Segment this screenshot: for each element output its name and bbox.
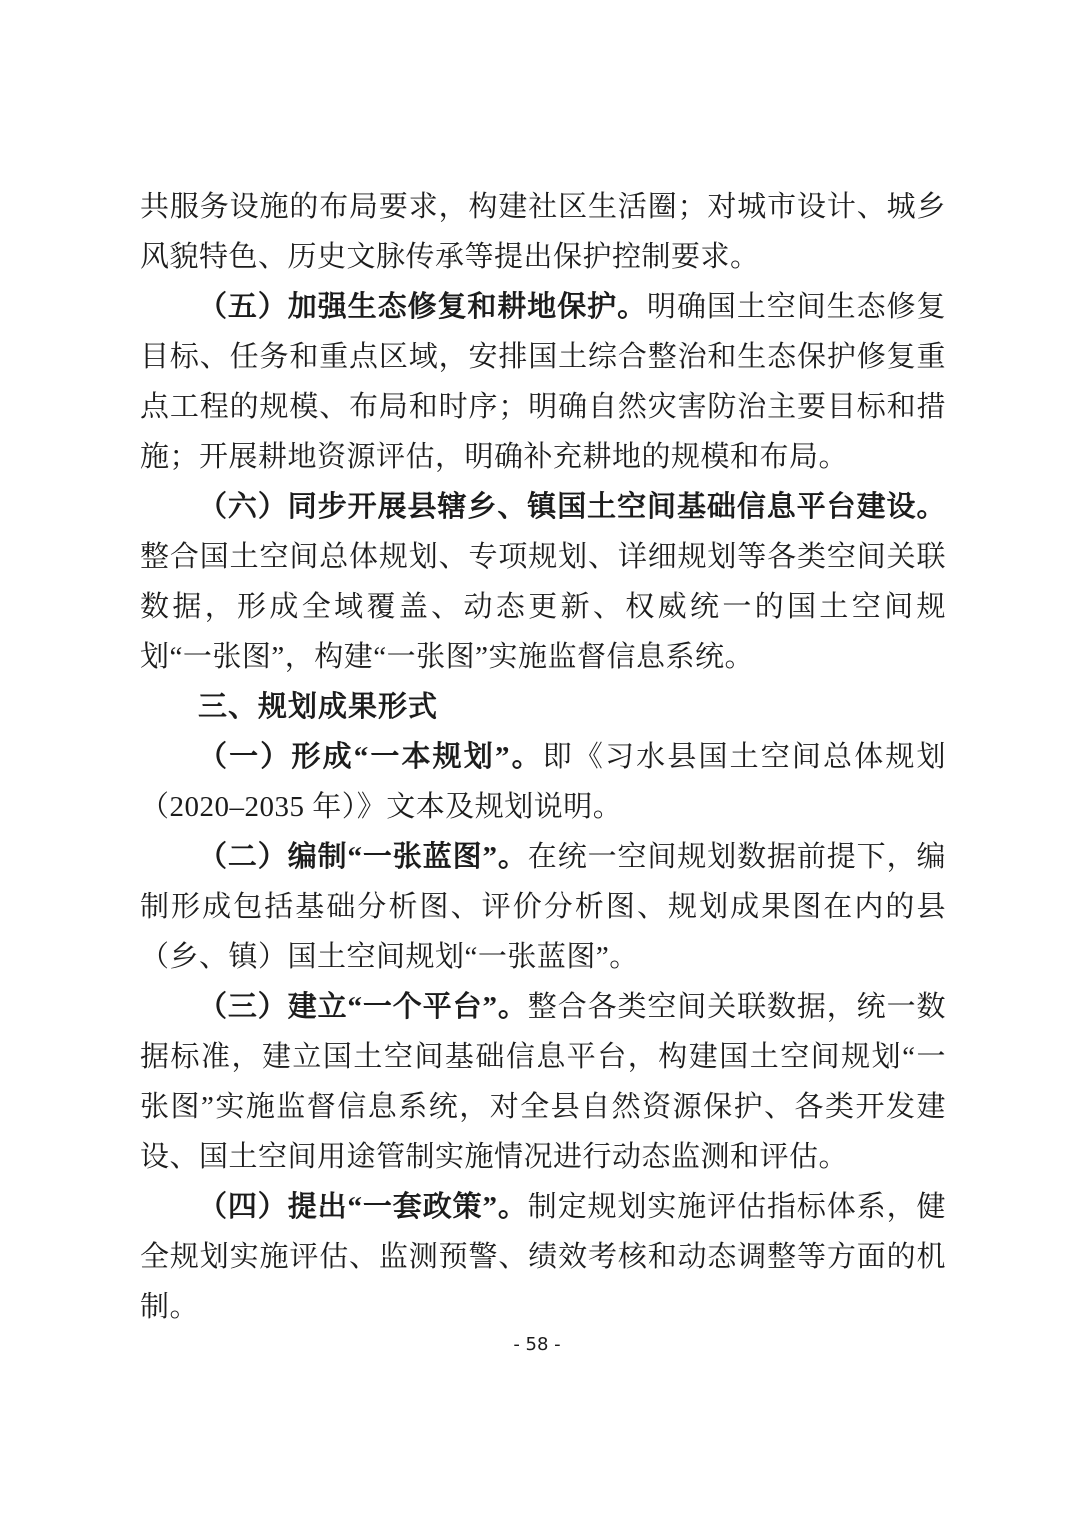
paragraph-item-3: （三）建立“一个平台”。整合各类空间关联数据，统一数据标准，建立国土空间基础信息… <box>140 982 946 1182</box>
paragraph-continuation: 共服务设施的布局要求，构建社区生活圈；对城市设计、城乡风貌特色、历史文脉传承等提… <box>140 182 946 282</box>
document-body: 共服务设施的布局要求，构建社区生活圈；对城市设计、城乡风貌特色、历史文脉传承等提… <box>140 182 946 1332</box>
page-number: - 58 - <box>513 1334 560 1355</box>
paragraph-lead: （二）编制“一张蓝图”。 <box>198 841 528 873</box>
paragraph-item-6: （六）同步开展县辖乡、镇国土空间基础信息平台建设。整合国土空间总体规划、专项规划… <box>140 482 946 682</box>
paragraph-text: 整合国土空间总体规划、专项规划、详细规划等各类空间关联数据，形成全域覆盖、动态更… <box>140 541 946 673</box>
paragraph-lead: （三）建立“一个平台”。 <box>198 991 528 1023</box>
document-page: 共服务设施的布局要求，构建社区生活圈；对城市设计、城乡风貌特色、历史文脉传承等提… <box>0 0 1074 1520</box>
paragraph-item-1: （一）形成“一本规划”。即《习水县国土空间总体规划（2020–2035 年）》文… <box>140 732 946 832</box>
paragraph-item-2: （二）编制“一张蓝图”。在统一空间规划数据前提下，编制形成包括基础分析图、评价分… <box>140 832 946 982</box>
paragraph-lead: （六）同步开展县辖乡、镇国土空间基础信息平台建设。 <box>198 491 946 523</box>
paragraph-item-5: （五）加强生态修复和耕地保护。明确国土空间生态修复目标、任务和重点区域，安排国土… <box>140 282 946 482</box>
page-footer: - 58 - <box>0 1334 1074 1355</box>
paragraph-lead: （五）加强生态修复和耕地保护。 <box>198 291 647 323</box>
paragraph-lead: （一）形成“一本规划”。 <box>198 741 543 773</box>
section-heading: 三、规划成果形式 <box>140 682 946 732</box>
paragraph-item-4: （四）提出“一套政策”。制定规划实施评估指标体系，健全规划实施评估、监测预警、绩… <box>140 1182 946 1332</box>
paragraph-lead: （四）提出“一套政策”。 <box>198 1191 528 1223</box>
